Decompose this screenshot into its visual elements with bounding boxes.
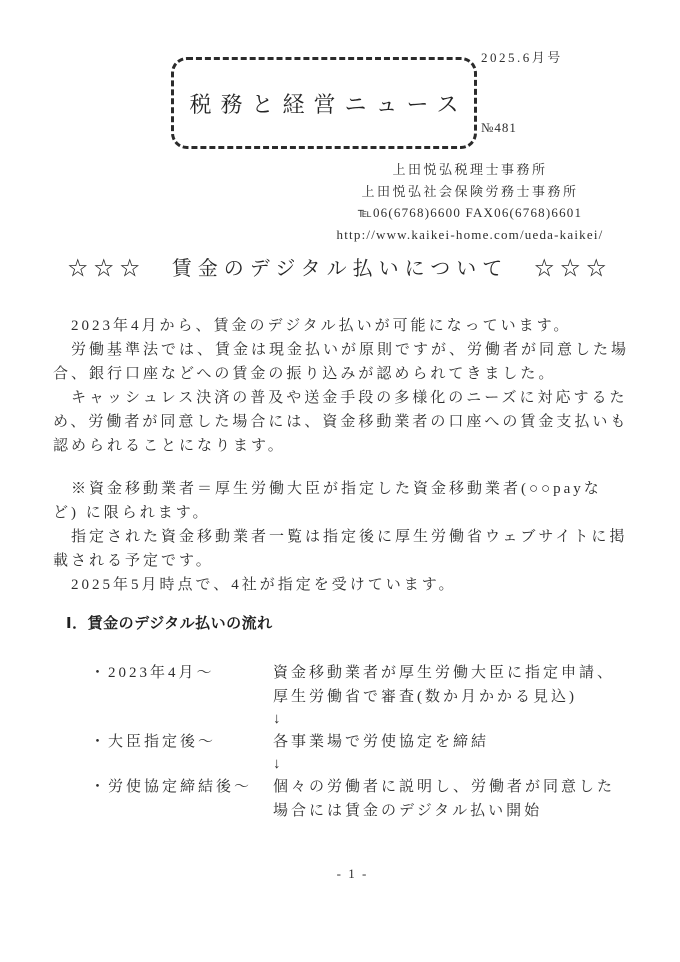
body-line: 認められることになります。 — [53, 434, 643, 458]
flow-step: ・2023年4月～ 資金移動業者が厚生労働大臣に指定申請、 厚生労働省で審査(数… — [90, 661, 650, 730]
body-paragraph-note: ※資金移動業者＝厚生労働大臣が指定した資金移動業者(○○payな ど) に限られ… — [53, 477, 643, 525]
issue-date: 2025.6月号 — [481, 47, 563, 66]
body-line: ※資金移動業者＝厚生労働大臣が指定した資金移動業者(○○payな — [53, 477, 643, 501]
masthead-box: 税務と経営ニュース — [171, 57, 477, 149]
down-arrow-icon: ↓ — [273, 754, 650, 775]
office-name-labor: 上田悦弘社会保険労務士事務所 — [270, 181, 670, 203]
body-line: 労働基準法では、賃金は現金払いが原則ですが、労働者が同意した場 — [53, 338, 643, 362]
flow-step: ・労使協定締結後～ 個々の労働者に説明し、労働者が同意した 場合には賃金のデジタ… — [90, 775, 650, 823]
body-line: 合、銀行口座などへの賃金の振り込みが認められてきました。 — [53, 362, 643, 386]
section-heading: Ⅰ．賃金のデジタル払いの流れ — [66, 612, 273, 633]
body-paragraph: 2023年4月から、賃金のデジタル払いが可能になっています。 — [53, 314, 643, 338]
body-line: 2025年5月時点で、4社が指定を受けています。 — [53, 573, 643, 597]
step-desc-line: 資金移動業者が厚生労働大臣に指定申請、 — [273, 661, 650, 685]
body-line: 2023年4月から、賃金のデジタル払いが可能になっています。 — [53, 314, 643, 338]
office-name-tax: 上田悦弘税理士事務所 — [270, 159, 670, 181]
flow-list: ・2023年4月～ 資金移動業者が厚生労働大臣に指定申請、 厚生労働省で審査(数… — [90, 661, 650, 823]
body-line: 指定された資金移動業者一覧は指定後に厚生労働省ウェブサイトに掲 — [53, 525, 643, 549]
body-line: め、労働者が同意した場合には、資金移動業者の口座への賃金支払いも — [53, 410, 643, 434]
body-paragraph: 2025年5月時点で、4社が指定を受けています。 — [53, 573, 643, 597]
step-label: ・大臣指定後～ — [90, 730, 273, 754]
article-body: 2023年4月から、賃金のデジタル払いが可能になっています。 労働基準法では、賃… — [53, 314, 643, 597]
step-desc-line: 個々の労働者に説明し、労働者が同意した — [273, 775, 650, 799]
article-title: ☆☆☆ 賃金のデジタル払いについて ☆☆☆ — [0, 252, 680, 281]
down-arrow-icon: ↓ — [273, 709, 650, 730]
newsletter-title: 税務と経営ニュース — [181, 88, 468, 119]
newsletter-page: 2025.6月号 税務と経営ニュース №481 上田悦弘税理士事務所 上田悦弘社… — [0, 0, 680, 962]
step-description: 個々の労働者に説明し、労働者が同意した 場合には賃金のデジタル払い開始 — [273, 775, 650, 823]
page-number: - 1 - — [0, 866, 680, 882]
step-desc-line: 場合には賃金のデジタル払い開始 — [273, 799, 650, 823]
body-paragraph: キャッシュレス決済の普及や送金手段の多様化のニーズに対応するた め、労働者が同意… — [53, 386, 643, 458]
body-paragraph: 指定された資金移動業者一覧は指定後に厚生労働省ウェブサイトに掲 載される予定です… — [53, 525, 643, 573]
step-desc-line: 各事業場で労使協定を締結 — [273, 730, 650, 754]
body-line: 載される予定です。 — [53, 549, 643, 573]
flow-step: ・大臣指定後～ 各事業場で労使協定を締結 ↓ — [90, 730, 650, 775]
office-info-block: 上田悦弘税理士事務所 上田悦弘社会保険労務士事務所 ℡06(6768)6600 … — [270, 159, 670, 245]
step-label: ・2023年4月～ — [90, 661, 273, 685]
body-line: ど) に限られます。 — [53, 501, 643, 525]
issue-number: №481 — [481, 120, 517, 136]
body-line: キャッシュレス決済の普及や送金手段の多様化のニーズに対応するた — [53, 386, 643, 410]
step-desc-line: 厚生労働省で審査(数か月かかる見込) — [273, 685, 650, 709]
step-description: 各事業場で労使協定を締結 ↓ — [273, 730, 650, 775]
step-label: ・労使協定締結後～ — [90, 775, 273, 799]
website-url: http://www.kaikei-home.com/ueda-kaikei/ — [270, 224, 670, 246]
step-description: 資金移動業者が厚生労働大臣に指定申請、 厚生労働省で審査(数か月かかる見込) ↓ — [273, 661, 650, 730]
tel-fax-line: ℡06(6768)6600 FAX06(6768)6601 — [270, 202, 670, 224]
body-paragraph: 労働基準法では、賃金は現金払いが原則ですが、労働者が同意した場 合、銀行口座など… — [53, 338, 643, 386]
